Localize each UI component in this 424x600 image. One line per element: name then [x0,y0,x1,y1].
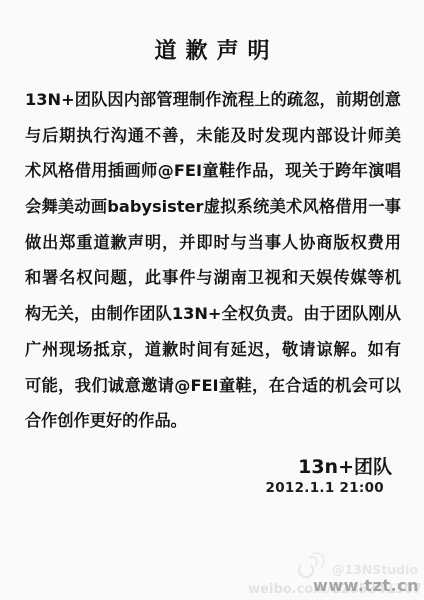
statement-line: 和署名权问题，此事件与湖南卫视和天娱传媒等机 [25,260,401,296]
watermark-group: @13NStudio weibo.com/2285341307 www.tzt.… [274,548,424,600]
statement-line: 与后期执行沟通不善，未能及时发现内部设计师美 [25,118,401,154]
weibo-radio-icon [296,554,318,576]
signature-date: 2012.1.1 21:00 [266,480,385,496]
statement-body: 13N+团队因内部管理制作流程上的疏忽，前期创意与后期执行沟通不善，未能及时发现… [25,82,401,439]
statement-line: 构无关，由制作团队13N+全权负责。由于团队刚从 [25,296,401,332]
statement-line: 合作创作更好的作品。 [25,403,401,439]
site-url-watermark: www.tzt.cn [313,576,419,595]
statement-line: 术风格借用插画师@FEI童鞋作品，现关于跨年演唱 [25,153,401,189]
page-title: 道歉声明 [0,34,424,65]
signature: 13n+团队 [298,452,392,479]
statement-line: 会舞美动画babysister虚拟系统美术风格借用一事 [25,189,401,225]
statement-line: 可能，我们诚意邀请@FEI童鞋，在合适的机会可以 [25,368,401,404]
statement-line: 13N+团队因内部管理制作流程上的疏忽，前期创意 [25,82,401,118]
statement-line: 做出郑重道歉声明，并即时与当事人协商版权费用 [25,225,401,261]
studio-handle-watermark: @13NStudio [332,562,418,577]
statement-line: 广州现场抵京，道歉时间有延迟，敬请谅解。如有 [25,332,401,368]
apology-statement-page: 道歉声明 13N+团队因内部管理制作流程上的疏忽，前期创意与后期执行沟通不善，未… [0,0,424,600]
